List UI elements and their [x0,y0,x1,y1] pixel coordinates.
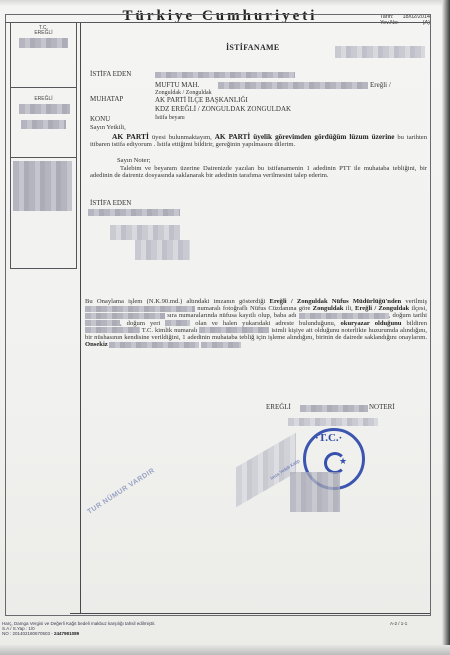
star-icon: ★ [339,456,347,467]
page-reference: A-2 / 1-1 [390,621,407,626]
istifa-eden-label: İSTİFA EDEN [90,70,131,78]
muhatap-line1: AK PARTİ İLÇE BAŞKANLIĞI [155,97,248,104]
redacted-block [19,104,70,114]
text: numaralı fotoğraflı Nüfus Cüzdanına göre [195,305,313,312]
muhatap-line2: KDZ EREĞLİ / ZONGULDAK ZONGULDAK [155,106,291,113]
address-line1: MUFTU MAH. [155,82,199,89]
konu-value: İstifa beyanı [155,115,185,122]
left-box-1-line2: EREĞLİ [11,31,76,36]
inner-bottom-rule [70,613,430,614]
text: bildiren [401,320,427,327]
text: ilçesi, [409,305,427,312]
left-column: T.C. EREĞLİ EREĞLİ [10,23,77,269]
address-city: Ereğli / [370,82,391,89]
scan-shadow-top [0,0,450,6]
redacted-address [218,82,368,89]
scan-shadow-right [442,0,450,655]
redacted-notary-name [300,405,368,412]
text: üyesi bulunmaktayım, [149,134,215,141]
left-box-2-line1: EREĞLİ [11,97,76,102]
left-box-1: T.C. EREĞLİ [11,23,76,88]
footer-number-bold: 2447981089 [54,631,79,636]
salutation-notary: Sayın Noter; [117,157,151,164]
bold-text: Ereğli / Zonguldak [355,305,409,312]
text: T.C. kimlik numaralı [140,327,199,334]
redacted-block [85,313,165,319]
bold-text: Zonguldak [313,305,344,312]
text: Bu Onaylama işlem (N.K.90.md.) altındaki… [85,298,270,305]
document-page: Türkiye Cumhuriyeti Tarih:18/02/2014 Yev… [0,0,450,655]
bold-text: okuryazar olduğunu [341,320,402,327]
seal-tc-text: ·T.C.· [315,432,342,444]
redacted-block [201,342,241,348]
notary-suffix: NOTERİ [369,403,395,411]
paragraph-approval: Bu Onaylama işlem (N.K.90.md.) altındaki… [85,298,427,348]
redacted-name [155,72,295,78]
redacted-block [109,342,199,348]
scan-shadow-bottom [0,645,450,655]
konu-label: KONU [90,115,110,123]
signature-label: İSTİFA EDEN [90,199,131,207]
redacted-block [335,46,425,58]
redacted-name [88,209,180,216]
redacted-signature [135,240,190,260]
party-name: AK PARTİ [112,132,149,141]
paragraph-request: Talebim ve beyanım üzerine Dairenizde ya… [90,165,427,179]
text: , doğum tarihi [389,312,427,319]
footer-notes: Harç, Damga Vergisi ve Değerli Kağıt bed… [2,621,156,636]
column-divider [80,23,81,613]
left-box-3 [11,157,76,211]
notary-prefix: EREĞLİ [266,403,291,411]
bold-text: AK PARTİ üyelik görevimden gördüğüm lüzu… [215,133,395,141]
redacted-block [19,38,68,48]
footer-line3: NO : 20140218067050​3 - 2447981089 [2,631,156,636]
redacted-block [165,320,190,326]
text: verilmiş [401,298,427,305]
left-box-2: EREĞLİ [11,87,76,158]
redacted-signature [110,225,180,240]
document-title: İSTİFANAME [226,43,280,52]
text: ili, [343,305,355,312]
footer-number: NO : 20140218067050​3 - [2,631,54,636]
redacted-signature [290,472,340,512]
redacted-block [299,313,389,319]
redacted-block [85,327,140,333]
text: , doğum yeri [120,320,165,327]
redacted-block [199,327,269,333]
bold-text: Onsekiz [85,341,108,348]
paragraph-resignation: AK PARTİ üyesi bulunmaktayım, AK PARTİ ü… [90,133,427,148]
redacted-block [288,418,378,426]
text: sıra numaralarında nüfusa kayıtlı olup, … [165,312,299,319]
muhatap-label: MUHATAP [90,95,123,103]
bold-text: Ereğli / Zonguldak Nüfus Müdürlüğü'nden [270,298,402,305]
salutation: Sayın Yetkili, [90,124,126,131]
text: olan ve halen yukarıdaki adreste bulundu… [190,320,340,327]
redacted-photo [13,161,72,211]
redacted-block [21,120,66,129]
redacted-block [85,320,120,326]
redacted-block [85,306,195,312]
